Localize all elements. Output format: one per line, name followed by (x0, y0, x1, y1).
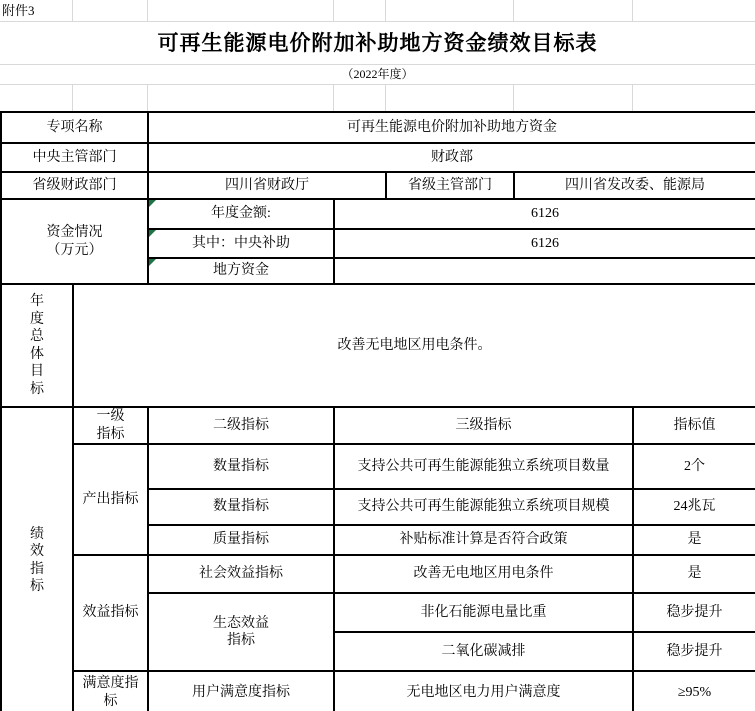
grid-line (72, 85, 73, 111)
grid-line (333, 85, 334, 111)
indicator-row: 效益指标 社会效益指标 改善无电地区用电条件 是 (1, 555, 755, 593)
level3-cell: 改善无电地区用电条件 (334, 555, 633, 593)
level3-cell: 补贴标准计算是否符合政策 (334, 525, 633, 555)
eco-benefit-label-cell: 生态效益 指标 (148, 593, 334, 671)
local-funds-label-cell: 地方资金 (148, 258, 334, 284)
indicator-value-cell: ≥95% (633, 671, 755, 711)
central-dept-value-cell: 财政部 (148, 143, 755, 172)
level3-cell: 支持公共可再生能源能独立系统项目数量 (334, 444, 633, 489)
indicator-value-cell: 是 (633, 555, 755, 593)
provincial-dept-value-cell: 四川省发改委、能源局 (514, 172, 755, 199)
target-table: 专项名称 可再生能源电价附加补助地方资金 中央主管部门 财政部 省级财政部门 四… (0, 111, 755, 711)
indicator-value-cell: 是 (633, 525, 755, 555)
grid-line (333, 0, 334, 21)
page-title: 可再生能源电价附加补助地方资金绩效目标表 (0, 22, 755, 65)
grid-line (513, 0, 514, 21)
output-indicator-group-cell: 产出指标 (73, 444, 148, 555)
annual-amount-value-cell: 6126 (334, 199, 755, 229)
funding-section-label-cell: 资金情况 （万元） (1, 199, 148, 284)
attachment-row: 附件3 (0, 0, 755, 22)
grid-line (147, 0, 148, 21)
level2-cell: 用户满意度指标 (148, 671, 334, 711)
table-row: 专项名称 可再生能源电价附加补助地方资金 (1, 112, 755, 143)
provincial-finance-value-cell: 四川省财政厅 (148, 172, 386, 199)
central-subsidy-value-cell: 6126 (334, 229, 755, 258)
error-indicator-triangle (149, 200, 156, 207)
indicator-section-label-cell: 绩 效 指 标 (1, 407, 73, 711)
table-row: 资金情况 （万元） 年度金额: 6126 (1, 199, 755, 229)
error-indicator-triangle (149, 259, 156, 266)
level2-cell: 社会效益指标 (148, 555, 334, 593)
grid-line (385, 0, 386, 21)
provincial-finance-label-cell: 省级财政部门 (1, 172, 148, 199)
project-name-label-cell: 专项名称 (1, 112, 148, 143)
level1-header-cell: 一级 指标 (73, 407, 148, 444)
level3-cell: 非化石能源电量比重 (334, 593, 633, 632)
local-funds-value-cell (334, 258, 755, 284)
provincial-dept-label-cell: 省级主管部门 (386, 172, 514, 199)
annual-goal-label-cell: 年 度 总 体 目 标 (1, 284, 73, 407)
empty-row (0, 85, 755, 111)
level2-header-cell: 二级指标 (148, 407, 334, 444)
annual-amount-label-cell: 年度金额: (148, 199, 334, 229)
local-funds-label: 地方资金 (213, 263, 269, 278)
indicator-value-cell: 24兆瓦 (633, 489, 755, 525)
level2-cell: 数量指标 (148, 444, 334, 489)
grid-line (632, 85, 633, 111)
grid-line (72, 0, 73, 21)
table-row: 年 度 总 体 目 标 改善无电地区用电条件。 (1, 284, 755, 407)
project-name-value-cell: 可再生能源电价附加补助地方资金 (148, 112, 755, 143)
level3-cell: 二氧化碳减排 (334, 632, 633, 671)
satisfaction-indicator-group-cell: 满意度指 标 (73, 671, 148, 711)
grid-line (385, 85, 386, 111)
indicator-value-cell: 稳步提升 (633, 593, 755, 632)
table-row: 中央主管部门 财政部 (1, 143, 755, 172)
indicator-value-cell: 稳步提升 (633, 632, 755, 671)
level2-cell: 质量指标 (148, 525, 334, 555)
central-subsidy-label-cell: 其中：中央补助 (148, 229, 334, 258)
page-subtitle: （2022年度） (0, 65, 755, 85)
grid-line (632, 0, 633, 21)
annual-amount-label: 年度金额: (211, 206, 271, 221)
value-header-cell: 指标值 (633, 407, 755, 444)
error-indicator-triangle (149, 230, 156, 237)
indicator-row: 产出指标 数量指标 支持公共可再生能源能独立系统项目数量 2个 (1, 444, 755, 489)
level3-header-cell: 三级指标 (334, 407, 633, 444)
level3-cell: 无电地区电力用户满意度 (334, 671, 633, 711)
attachment-label: 附件3 (2, 3, 35, 18)
level2-cell: 数量指标 (148, 489, 334, 525)
indicator-value-cell: 2个 (633, 444, 755, 489)
level3-cell: 支持公共可再生能源能独立系统项目规模 (334, 489, 633, 525)
table-row: 省级财政部门 四川省财政厅 省级主管部门 四川省发改委、能源局 (1, 172, 755, 199)
performance-target-sheet: 附件3 可再生能源电价附加补助地方资金绩效目标表 （2022年度） 专项名称 可… (0, 0, 755, 711)
annual-goal-content-cell: 改善无电地区用电条件。 (73, 284, 755, 407)
grid-line (147, 85, 148, 111)
grid-line (513, 85, 514, 111)
indicator-header-row: 绩 效 指 标 一级 指标 二级指标 三级指标 指标值 (1, 407, 755, 444)
central-dept-label-cell: 中央主管部门 (1, 143, 148, 172)
indicator-row: 满意度指 标 用户满意度指标 无电地区电力用户满意度 ≥95% (1, 671, 755, 711)
benefit-indicator-group-cell: 效益指标 (73, 555, 148, 671)
central-subsidy-label: 其中：中央补助 (192, 236, 290, 251)
